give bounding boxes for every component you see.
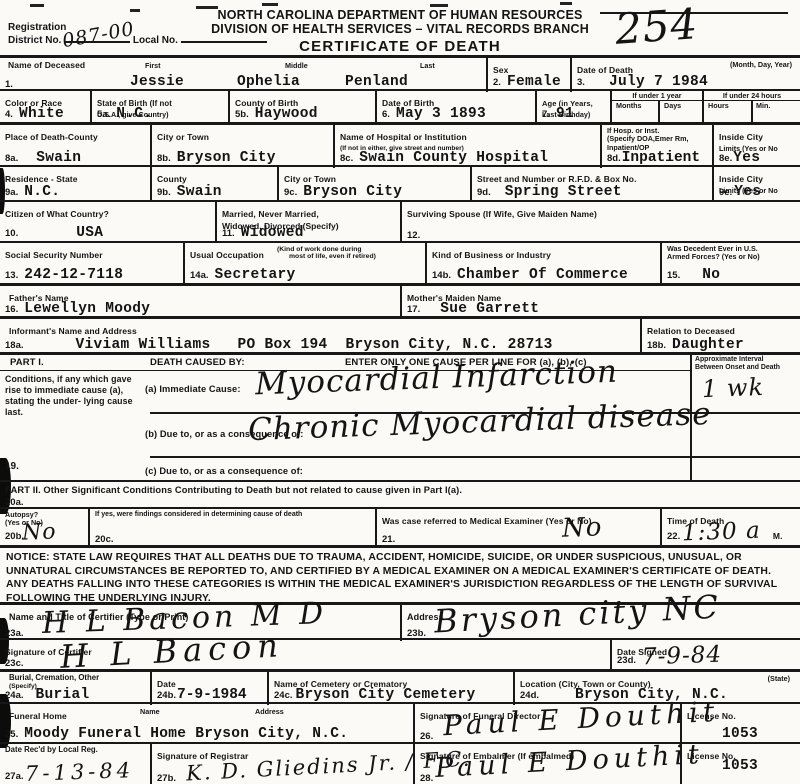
certificate-number: 254 bbox=[613, 0, 699, 54]
informant-value: Viviam Williams PO Box 194 Bryson City, … bbox=[76, 337, 553, 353]
referred-label: Was case referred to Medical Examiner (Y… bbox=[382, 516, 592, 526]
findings-num: 20c. bbox=[95, 534, 114, 545]
funeral-home-address-label: Address bbox=[255, 708, 284, 716]
divider bbox=[658, 100, 660, 124]
field-father-name: Father's Name 16. Lewellyn Moody bbox=[0, 286, 400, 319]
field-relation: Relation to Deceased 18b. Daughter bbox=[640, 319, 800, 355]
part2-label: PART II. Other Significant Conditions Co… bbox=[5, 485, 462, 496]
row-residence: Residence - State 9a. N.C. County 9b. Sw… bbox=[0, 165, 800, 202]
field-medical-examiner: Was case referred to Medical Examiner (Y… bbox=[375, 509, 660, 547]
field-funeral-director-signature: Signature of Funeral Director 26. Paul E… bbox=[413, 704, 680, 744]
dob-num: 6. bbox=[382, 109, 390, 120]
referred-num: 21. bbox=[382, 534, 395, 545]
date-signed-num: 23d. bbox=[617, 655, 636, 666]
dod-sublabel: (Month, Day, Year) bbox=[730, 61, 792, 69]
mother-value: Sue Garrett bbox=[440, 301, 539, 317]
cause-b-value: Chronic Myocardial disease bbox=[248, 396, 713, 448]
residence-state-value: N.C. bbox=[24, 184, 60, 200]
field-sex: Sex 2. Female bbox=[486, 58, 570, 92]
cause-a-label: (a) Immediate Cause: bbox=[145, 384, 241, 395]
relation-num: 18b. bbox=[647, 340, 666, 351]
mother-num: 17. bbox=[407, 304, 420, 315]
limits-num-8e: 8e. bbox=[719, 153, 732, 164]
forces-value: No bbox=[702, 267, 720, 283]
county-of-birth-value: Haywood bbox=[255, 106, 318, 122]
row-registrar: Date Rec'd by Local Reg. 27a. 7-13-84 Si… bbox=[0, 742, 800, 784]
field-mother-name: Mother's Maiden Name 17. Sue Garrett bbox=[400, 286, 800, 319]
registrar-num: 27b. bbox=[157, 773, 176, 784]
local-label: Local No. bbox=[133, 35, 178, 46]
burial-date-num: 24b. bbox=[157, 690, 176, 701]
field-certifier-address: Address 23b. Bryson city NC bbox=[400, 605, 800, 641]
first-name-value: Jessie bbox=[130, 74, 184, 90]
cause-c-label: (c) Due to, or as a consequence of: bbox=[145, 466, 303, 477]
location-state-label: (State) bbox=[768, 675, 790, 683]
row-certifier-signature: Signature of Certifier 23c. H L Bacon Da… bbox=[0, 638, 800, 671]
name-label: Name of Deceased bbox=[8, 61, 85, 71]
inst-num: 8d. bbox=[607, 153, 621, 164]
occupation-num: 14a. bbox=[190, 270, 209, 281]
row-ssn: Social Security Number 13. 242-12-7118 U… bbox=[0, 241, 800, 285]
field-if-under-24-hours: If under 24 hours Hours Min. bbox=[702, 91, 800, 124]
residence-county-value: Swain bbox=[177, 184, 222, 200]
field-residence-state: Residence - State 9a. N.C. bbox=[0, 167, 150, 202]
field-funeral-home: Funeral Home Name Address 25. Moody Fune… bbox=[0, 704, 413, 744]
residence-state-label: Residence - State bbox=[5, 174, 78, 184]
field-residence-city: City or Town 9c. Bryson City bbox=[277, 167, 470, 202]
field-autopsy: Autopsy? (Yes or No) 20b. No bbox=[0, 509, 88, 547]
field-informant: Informant's Name and Address 18a. Viviam… bbox=[0, 319, 640, 355]
last-name-value: Penland bbox=[345, 74, 408, 90]
field-findings: If yes, were findings considered in dete… bbox=[88, 509, 375, 547]
marital-value: Widowed bbox=[241, 225, 304, 241]
scan-artifact bbox=[430, 4, 448, 7]
embalmer-num: 28. bbox=[420, 773, 433, 784]
death-city-label: City or Town bbox=[157, 132, 209, 142]
field-date-of-birth: Date of Birth 6. May 3 1893 bbox=[375, 91, 535, 124]
divider bbox=[612, 100, 702, 101]
cause-a-interval: 1 wk bbox=[702, 373, 765, 403]
death-county-label: Place of Death-County bbox=[5, 132, 98, 142]
business-num: 14b. bbox=[432, 270, 451, 281]
referred-value: No bbox=[561, 512, 602, 543]
field-certifier-signature: Signature of Certifier 23c. H L Bacon bbox=[0, 640, 610, 671]
field-color-or-race: Color or Race 4. White bbox=[0, 91, 90, 124]
occupation-sublabel2: most of life, even if retired) bbox=[289, 253, 376, 261]
age-num: 7. bbox=[542, 109, 550, 120]
death-city-value: Bryson City bbox=[177, 150, 276, 166]
relation-label: Relation to Deceased bbox=[647, 326, 735, 336]
death-city-num: 8b. bbox=[157, 153, 171, 164]
sex-num: 2. bbox=[493, 77, 501, 88]
days-label: Days bbox=[664, 102, 681, 110]
residence-street-label: Street and Number or R.F.D. & Box No. bbox=[477, 174, 637, 184]
field-name-of-deceased: Name of Deceased First Middle Last 1. Je… bbox=[0, 58, 486, 92]
first-label: First bbox=[145, 62, 161, 70]
date-received-num: 27a. bbox=[5, 771, 24, 782]
months-label: Months bbox=[616, 102, 642, 110]
row-place-of-death: Place of Death-County 8a. Swain City or … bbox=[0, 122, 800, 168]
state-of-birth-num: 5a. bbox=[97, 109, 110, 120]
informant-num: 18a. bbox=[5, 340, 24, 351]
spouse-num: 12. bbox=[407, 230, 420, 241]
funeral-home-label: Funeral Home bbox=[9, 711, 67, 721]
sex-value: Female bbox=[507, 74, 561, 90]
relation-value: Daughter bbox=[672, 337, 744, 353]
dod-num: 3. bbox=[577, 77, 585, 88]
min-label: Min. bbox=[756, 102, 770, 110]
row-citizen: Citizen of What Country? 10. USA Married… bbox=[0, 200, 800, 243]
director-license-label: License No. bbox=[687, 711, 736, 721]
field-death-city-limits: Inside City Limits (Yes or No 8e. Yes bbox=[712, 125, 800, 168]
ssn-num: 13. bbox=[5, 270, 18, 281]
certifier-signature-num: 23c. bbox=[5, 658, 24, 669]
field-hosp-status: If Hosp. or Inst. (Specify DOA,Emer Rm, … bbox=[600, 125, 712, 168]
funeral-home-value: Moody Funeral Home Bryson City, N.C. bbox=[24, 726, 348, 742]
row-informant: Informant's Name and Address 18a. Viviam… bbox=[0, 316, 800, 355]
race-value: White bbox=[19, 106, 64, 122]
cemetery-num: 24c. bbox=[274, 690, 293, 701]
dob-value: May 3 1893 bbox=[396, 106, 486, 122]
field-registrar-signature: Signature of Registrar 27b. K. D. Gliedi… bbox=[150, 744, 413, 784]
limits-label-8e: Inside City bbox=[719, 132, 763, 142]
field-time-of-death: Time of Death 22. 1:30 a M. bbox=[660, 509, 800, 547]
registration-block: Registration District No. Local No. 087-… bbox=[8, 22, 308, 46]
field-death-county: Place of Death-County 8a. Swain bbox=[0, 125, 150, 168]
death-certificate-scan: NORTH CAROLINA DEPARTMENT OF HUMAN RESOU… bbox=[0, 0, 800, 784]
row-funeral-home: Funeral Home Name Address 25. Moody Fune… bbox=[0, 702, 800, 744]
hospital-num: 8c. bbox=[340, 153, 353, 164]
local-line bbox=[181, 41, 267, 43]
under1-label: If under 1 year bbox=[612, 91, 702, 100]
part1-body: Conditions, if any which gave rise to im… bbox=[0, 368, 800, 480]
field-ssn: Social Security Number 13. 242-12-7118 bbox=[0, 243, 183, 285]
field-state-of-birth: State of Birth (If not U.S.A., give Coun… bbox=[90, 91, 228, 124]
findings-label: If yes, were findings considered in dete… bbox=[95, 511, 373, 519]
forces-num: 15. bbox=[667, 270, 680, 281]
residence-street-num: 9d. bbox=[477, 187, 491, 198]
scan-artifact bbox=[130, 9, 140, 12]
field-date-received: Date Rec'd by Local Reg. 27a. 7-13-84 bbox=[0, 744, 150, 784]
row-name: Name of Deceased First Middle Last 1. Je… bbox=[0, 55, 800, 92]
citizen-label: Citizen of What Country? bbox=[5, 209, 109, 219]
field-death-city: City or Town 8b. Bryson City bbox=[150, 125, 333, 168]
death-county-num: 8a. bbox=[5, 153, 18, 164]
director-license-value: 1053 bbox=[722, 726, 758, 742]
time-suffix: M. bbox=[773, 532, 783, 542]
funeral-home-name-label: Name bbox=[140, 708, 160, 716]
district-label: District No. bbox=[8, 35, 61, 46]
field-date-of-death: Date of Death (Month, Day, Year) 3. July… bbox=[570, 58, 800, 92]
age-value: 91 bbox=[556, 106, 574, 122]
field-hospital: Name of Hospital or Institution (If not … bbox=[333, 125, 600, 168]
residence-state-num: 9a. bbox=[5, 187, 18, 198]
field-burial-date: Date 24b. 7-9-1984 bbox=[150, 672, 267, 705]
embalmer-license-value: 1053 bbox=[722, 758, 758, 774]
date-received-label: Date Rec'd by Local Reg. bbox=[5, 746, 148, 755]
date-signed-value: 7-9-84 bbox=[642, 642, 723, 671]
hours-label: Hours bbox=[708, 102, 729, 110]
ssn-label: Social Security Number bbox=[5, 250, 103, 260]
part1-num: 19. bbox=[5, 461, 19, 472]
field-embalmer-signature: Signature of Embalmer (If embalmed) 28. … bbox=[413, 744, 680, 784]
funeral-director-num: 26. bbox=[420, 731, 433, 742]
row-autopsy: Autopsy? (Yes or No) 20b. No If yes, wer… bbox=[0, 507, 800, 547]
cause-b-line bbox=[150, 456, 800, 458]
last-label: Last bbox=[420, 62, 435, 70]
inst-value: Inpatient bbox=[622, 150, 700, 166]
hospital-label: Name of Hospital or Institution bbox=[340, 132, 467, 142]
race-num: 4. bbox=[5, 109, 13, 120]
time-num: 22. bbox=[667, 531, 680, 542]
burial-date-value: 7-9-1984 bbox=[177, 687, 247, 703]
father-value: Lewellyn Moody bbox=[24, 301, 150, 317]
field-embalmer-license: License No. 1053 bbox=[680, 744, 800, 784]
marital-num: 11. bbox=[222, 228, 235, 239]
burial-type-label: Burial, Cremation, Other bbox=[9, 674, 148, 683]
funeral-home-num: 25. bbox=[5, 729, 18, 740]
dept-line1: NORTH CAROLINA DEPARTMENT OF HUMAN RESOU… bbox=[170, 8, 630, 22]
field-age: Age (in Years, Last Birthday) 7. 91 bbox=[535, 91, 610, 124]
field-date-signed: Date Signed 23d. 7-9-84 bbox=[610, 640, 800, 671]
field-surviving-spouse: Surviving Spouse (If Wife, Give Maiden N… bbox=[400, 202, 800, 243]
informant-label: Informant's Name and Address bbox=[9, 326, 137, 336]
residence-county-label: County bbox=[157, 174, 187, 184]
field-residence-county: County 9b. Swain bbox=[150, 167, 277, 202]
residence-county-num: 9b. bbox=[157, 187, 171, 198]
limits-num-9e: 9e. bbox=[719, 187, 732, 198]
field-marital-status: Married, Never Married, Widowed, Divorce… bbox=[215, 202, 400, 243]
field-director-license: License No. 1053 bbox=[680, 704, 800, 744]
limits-label-9e: Inside City bbox=[719, 174, 763, 184]
row-parents: Father's Name 16. Lewellyn Moody Mother'… bbox=[0, 283, 800, 319]
field-residence-city-limits: Inside City Limits (Yes or No 9e. Yes bbox=[712, 167, 800, 202]
spouse-label: Surviving Spouse (If Wife, Give Maiden N… bbox=[407, 209, 597, 219]
time-value: 1:30 a bbox=[682, 518, 762, 547]
field-citizen: Citizen of What Country? 10. USA bbox=[0, 202, 215, 243]
father-num: 16. bbox=[5, 304, 18, 315]
field-residence-street: Street and Number or R.F.D. & Box No. 9d… bbox=[470, 167, 712, 202]
scan-artifact bbox=[30, 4, 44, 7]
scan-artifact bbox=[262, 3, 278, 6]
divider bbox=[751, 100, 753, 124]
autopsy-value: No bbox=[22, 519, 57, 545]
burial-type-value: Burial bbox=[36, 687, 90, 703]
part2-row: PART II. Other Significant Conditions Co… bbox=[0, 480, 800, 509]
residence-street-value: Spring Street bbox=[505, 184, 622, 200]
row-birth: Color or Race 4. White State of Birth (I… bbox=[0, 89, 800, 124]
divider bbox=[704, 100, 800, 101]
forces-sublabel: Armed Forces? (Yes or No) bbox=[667, 253, 798, 261]
business-value: Chamber Of Commerce bbox=[457, 267, 628, 283]
conditions-note: Conditions, if any which gave rise to im… bbox=[5, 374, 133, 418]
scan-artifact bbox=[560, 2, 572, 5]
county-of-birth-num: 5b. bbox=[235, 109, 249, 120]
field-armed-forces: Was Decedent Ever in U.S. Armed Forces? … bbox=[660, 243, 800, 285]
field-county-of-birth: County of Birth 5b. Haywood bbox=[228, 91, 375, 124]
citizen-num: 10. bbox=[5, 228, 18, 239]
marital-label: Married, Never Married, bbox=[222, 209, 319, 219]
funeral-director-value: Paul E Douthit bbox=[442, 695, 720, 742]
citizen-value: USA bbox=[76, 225, 103, 241]
dod-value: July 7 1984 bbox=[609, 74, 708, 90]
field-business: Kind of Business or Industry 14b. Chambe… bbox=[425, 243, 660, 285]
date-received-value: 7-13-84 bbox=[24, 758, 134, 784]
residence-city-label: City or Town bbox=[284, 174, 336, 184]
cemetery-value: Bryson City Cemetery bbox=[296, 687, 476, 703]
limits-value-9e: Yes bbox=[734, 184, 761, 200]
residence-city-num: 9c. bbox=[284, 187, 297, 198]
registration-label: Registration bbox=[8, 22, 308, 33]
burial-type-num: 24a. bbox=[5, 690, 24, 701]
hospital-value: Swain County Hospital bbox=[359, 150, 548, 166]
state-of-birth-value: N.C. bbox=[116, 106, 152, 122]
middle-name-value: Ophelia bbox=[237, 74, 300, 90]
business-label: Kind of Business or Industry bbox=[432, 250, 551, 260]
field-burial-type: Burial, Cremation, Other (Specify) 24a. … bbox=[0, 672, 150, 705]
limits-value-8e: Yes bbox=[733, 150, 760, 166]
interval-label: Approximate Interval bbox=[695, 356, 800, 364]
occupation-value: Secretary bbox=[215, 267, 296, 283]
field-if-under-1-year: If under 1 year Months Days bbox=[610, 91, 702, 124]
middle-label: Middle bbox=[285, 62, 308, 70]
residence-city-value: Bryson City bbox=[303, 184, 402, 200]
death-county-value: Swain bbox=[36, 150, 81, 166]
occupation-label: Usual Occupation bbox=[190, 250, 264, 260]
field-cemetery: Name of Cemetery or Crematory 24c. Bryso… bbox=[267, 672, 513, 705]
under24-label: If under 24 hours bbox=[704, 91, 800, 100]
ssn-value: 242-12-7118 bbox=[24, 267, 123, 283]
embalmer-value: Paul E Douthit bbox=[434, 739, 704, 784]
location-num: 24d. bbox=[520, 690, 539, 701]
field-occupation: Usual Occupation (Kind of work done duri… bbox=[183, 243, 425, 285]
